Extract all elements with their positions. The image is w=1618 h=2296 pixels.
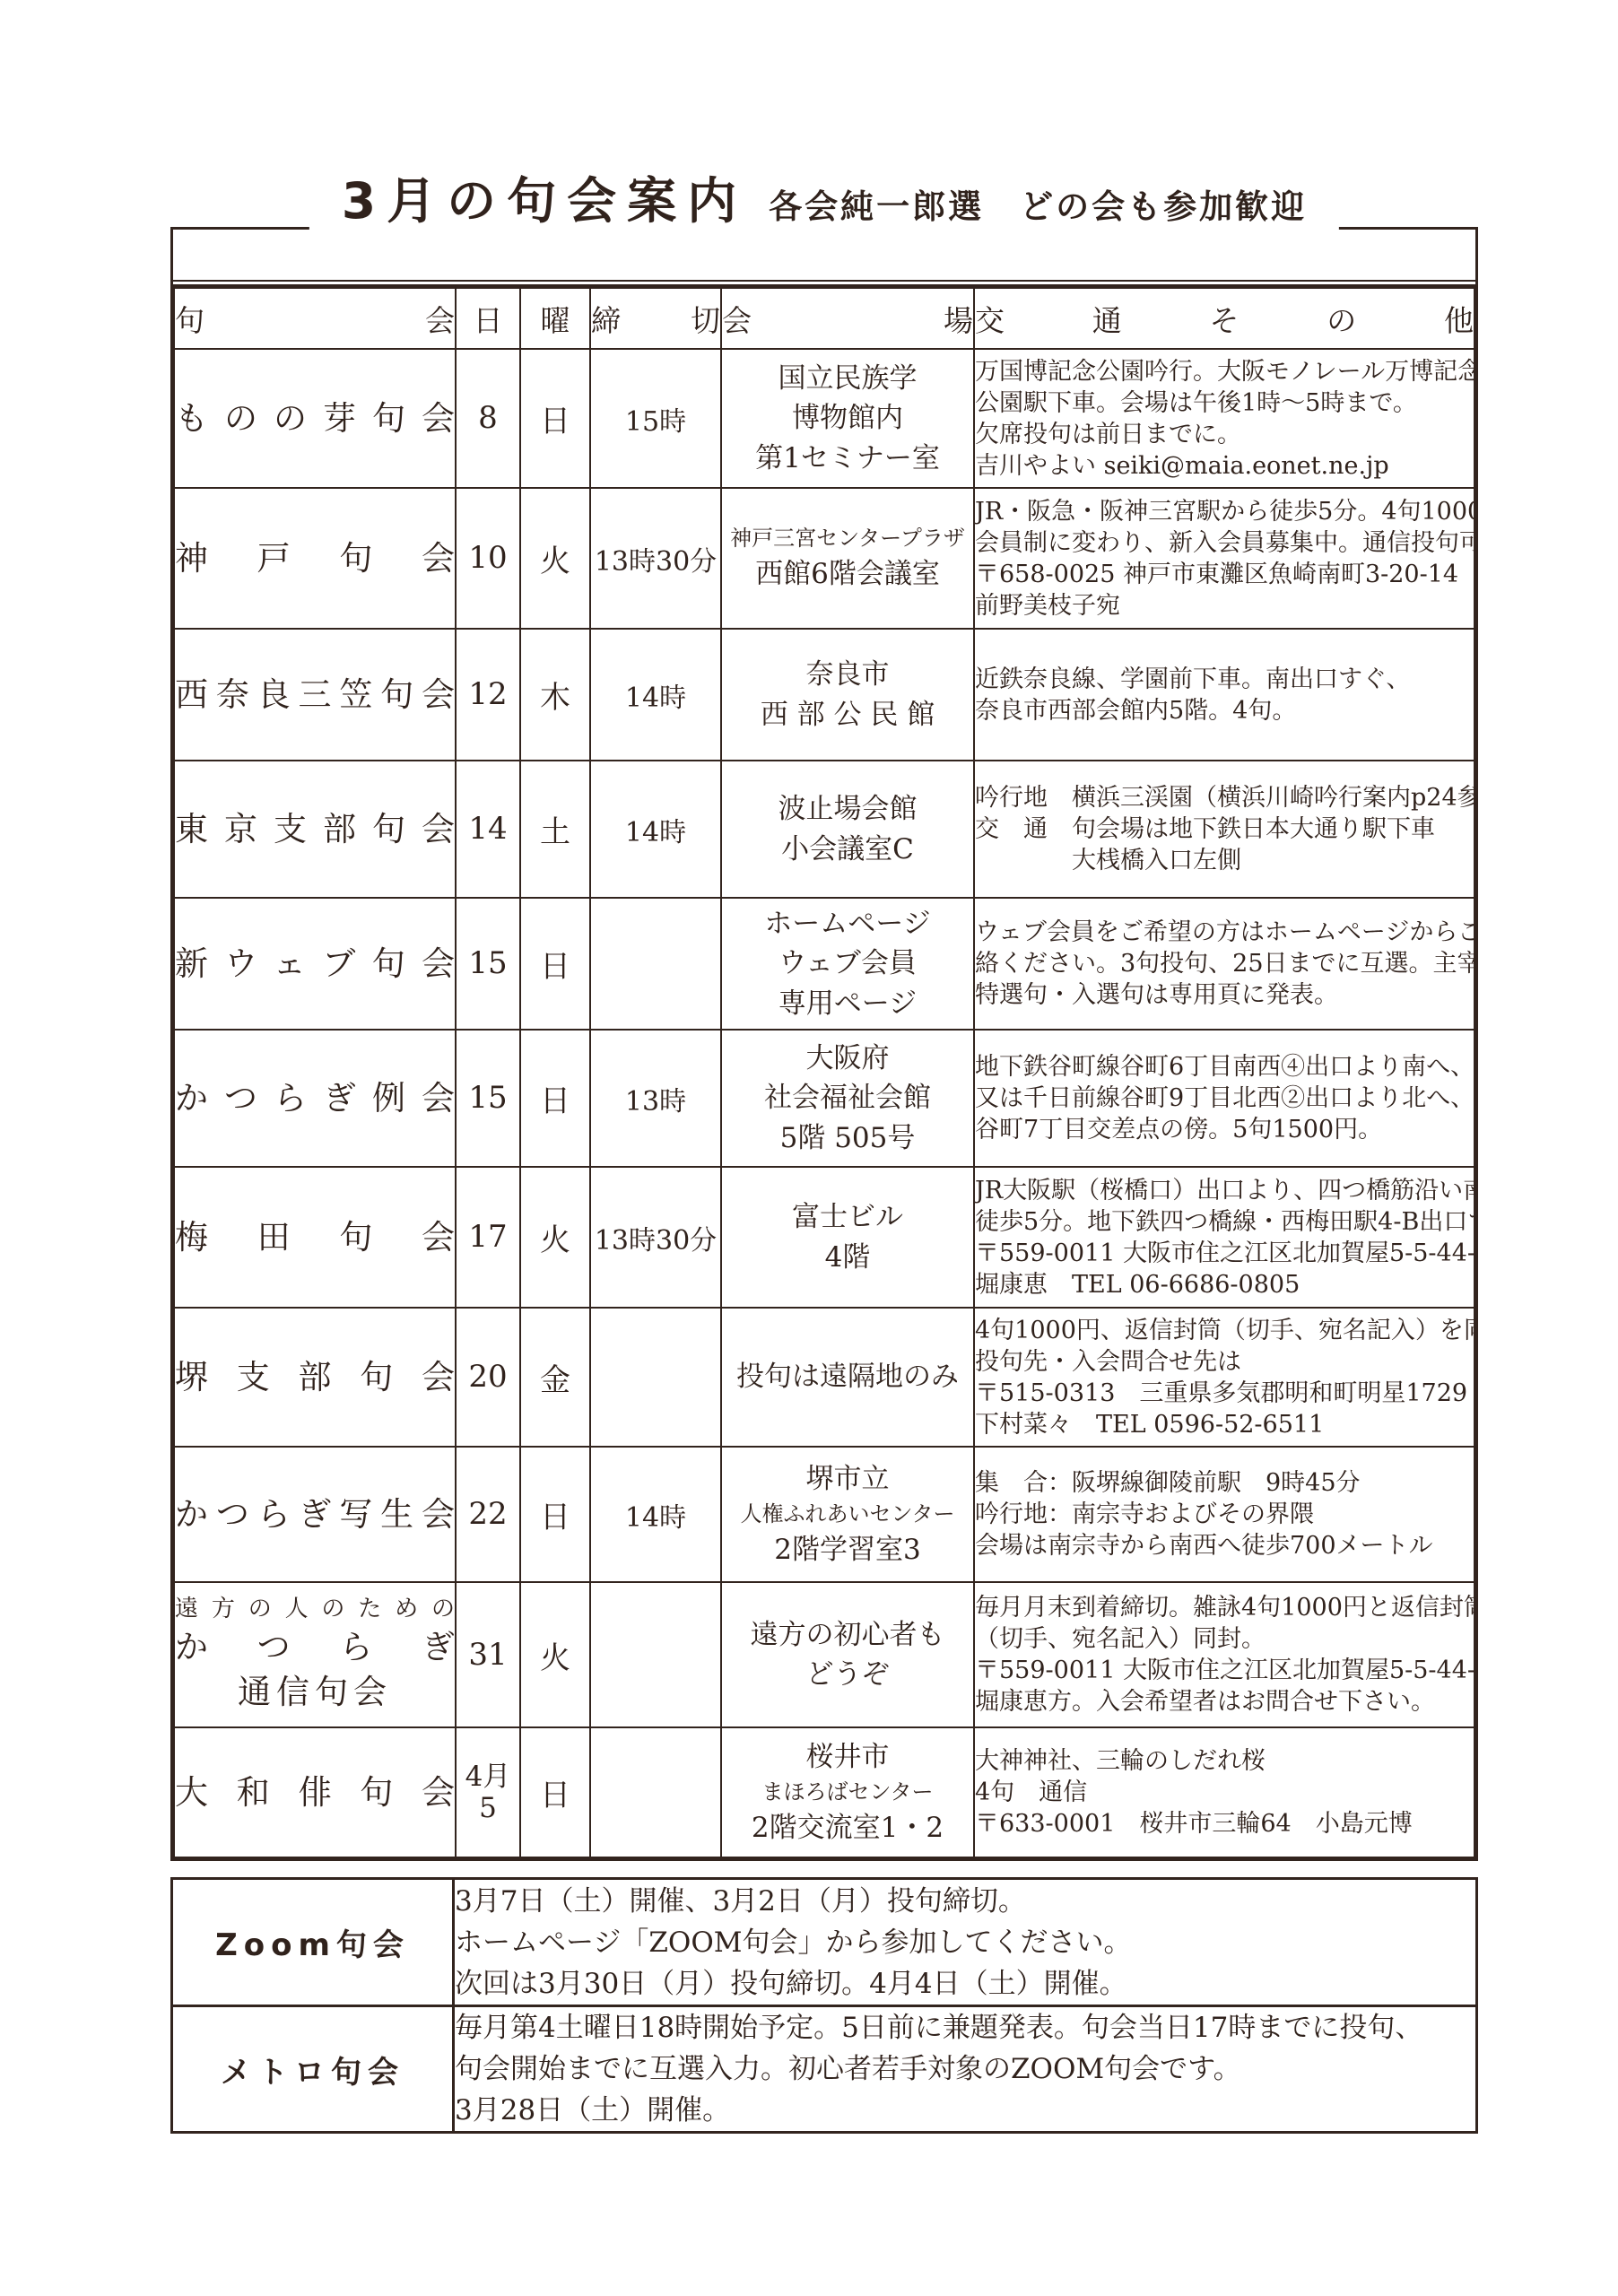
- table-row: 神戸句会10火13時30分神戸三宮センタープラザ西館6階会議室JR・阪急・阪神三…: [174, 488, 1474, 629]
- weekday-cell: 日: [520, 1030, 590, 1167]
- transport-info-line: 交 通 句会場は地下鉄日本大通り駅下車: [975, 813, 1474, 845]
- venue-line: 社会福祉会館: [722, 1078, 973, 1118]
- weekday-cell: 土: [520, 761, 590, 898]
- transport-info-line: 吉川やよい seiki@maia.eonet.ne.jp: [975, 450, 1474, 482]
- online-kukai-box: Zoom句会3月7日（土）開催、3月2日（月）投句締切。ホームページ「ZOOM句…: [170, 1877, 1478, 2134]
- venue-line: 第1セミナー室: [722, 439, 973, 478]
- table-row: 遠方の人のためのかつらぎ通信句会31火遠方の初心者もどうぞ毎月月末到着締切。雑詠…: [174, 1582, 1474, 1727]
- venue-line: 5階 505号: [722, 1118, 973, 1158]
- kukai-name-cell: 西奈良三笠句会: [174, 629, 456, 761]
- transport-info-line: 公園駅下車。会場は午後1時～5時まで。: [975, 387, 1474, 419]
- deadline-cell: [590, 898, 721, 1030]
- deadline-cell: 13時: [590, 1030, 721, 1167]
- document-page: 3月の句会案内各会純一郎選 どの会も参加歓迎 句会日曜締切会場交通その他 ものの…: [0, 0, 1618, 2296]
- venue-line: 博物館内: [722, 398, 973, 438]
- venue-line: 人権ふれあいセンター: [722, 1499, 973, 1529]
- table-row: 東京支部句会14土14時波止場会館小会議室C吟行地 横浜三渓園（横浜川崎吟行案内…: [174, 761, 1474, 898]
- transport-info-cell: 4句1000円、返信封筒（切手、宛名記入）を同封。投句先・入会問合せ先は〒515…: [974, 1308, 1474, 1447]
- page-title-main: 3月の句会案内: [342, 172, 747, 230]
- online-kukai-detail-line: 次回は3月30日（月）投句締切。4月4日（土）開催。: [455, 1963, 1475, 2005]
- weekday-cell: 火: [520, 1582, 590, 1727]
- weekday-cell: 金: [520, 1308, 590, 1447]
- venue-cell: 奈良市西 部 公 民 館: [721, 629, 974, 761]
- kukai-name-line: ものの芽句会: [175, 396, 455, 441]
- transport-info-line: 下村菜々 TEL 0596-52-6511: [975, 1409, 1474, 1440]
- venue-cell: 投句は遠隔地のみ: [721, 1308, 974, 1447]
- venue-line: 大阪府: [722, 1039, 973, 1078]
- column-header-1: 日: [456, 287, 520, 350]
- deadline-cell: 15時: [590, 349, 721, 488]
- online-kukai-table: Zoom句会3月7日（土）開催、3月2日（月）投句締切。ホームページ「ZOOM句…: [170, 1877, 1478, 2134]
- weekday-cell: 日: [520, 1447, 590, 1582]
- weekday-cell: 火: [520, 488, 590, 629]
- deadline-cell: [590, 1308, 721, 1447]
- deadline-cell: 13時30分: [590, 1167, 721, 1308]
- transport-info-line: 徒歩5分。地下鉄四つ橋線・西梅田駅4-B出口すぐ。: [975, 1206, 1474, 1238]
- day-line: 20: [457, 1360, 519, 1394]
- transport-info-line: 前野美枝子宛: [975, 590, 1474, 622]
- transport-info-line: 地下鉄谷町線谷町6丁目南西④出口より南へ、: [975, 1051, 1474, 1083]
- day-cell: 22: [456, 1447, 520, 1582]
- column-header-3: 締切: [590, 287, 721, 350]
- kukai-name-line: 神戸句会: [175, 536, 455, 581]
- online-kukai-detail-line: 毎月第4土曜日18時開始予定。5日前に兼題発表。句会当日17時までに投句、: [455, 2007, 1475, 2048]
- table-row: ものの芽句会8日15時国立民族学博物館内第1セミナー室万国博記念公園吟行。大阪モ…: [174, 349, 1474, 488]
- day-cell: 14: [456, 761, 520, 898]
- deadline-cell: 13時30分: [590, 488, 721, 629]
- column-header-4: 会場: [721, 287, 974, 350]
- transport-info-line: 欠席投句は前日までに。: [975, 419, 1474, 450]
- kukai-name-cell: 大和俳句会: [174, 1727, 456, 1857]
- day-cell: 20: [456, 1308, 520, 1447]
- page-title: 3月の句会案内各会純一郎選 どの会も参加歓迎: [309, 161, 1339, 247]
- transport-info-cell: 毎月月末到着締切。雑詠4句1000円と返信封筒（切手、宛名記入）同封。〒559-…: [974, 1582, 1474, 1727]
- kukai-name-cell: ものの芽句会: [174, 349, 456, 488]
- venue-line: 富士ビル: [722, 1197, 973, 1237]
- transport-info-line: 堀康恵 TEL 06-6686-0805: [975, 1269, 1474, 1300]
- venue-line: 桜井市: [722, 1737, 973, 1777]
- venue-cell: 国立民族学博物館内第1セミナー室: [721, 349, 974, 488]
- transport-info-cell: 近鉄奈良線、学園前下車。南出口すぐ、奈良市西部会館内5階。4句。: [974, 629, 1474, 761]
- online-kukai-detail-line: 3月28日（土）開催。: [455, 2090, 1475, 2131]
- transport-info-line: 吟行地：南宗寺およびその界隈: [975, 1499, 1474, 1530]
- day-cell: 12: [456, 629, 520, 761]
- venue-line: 波止場会館: [722, 789, 973, 829]
- day-line: 31: [457, 1638, 519, 1672]
- day-cell: 10: [456, 488, 520, 629]
- kukai-name-cell: 東京支部句会: [174, 761, 456, 898]
- venue-line: 堺市立: [722, 1459, 973, 1499]
- table-header-row: 句会日曜締切会場交通その他: [174, 287, 1474, 350]
- day-line: 10: [457, 541, 519, 575]
- venue-line: ウェブ会員: [722, 944, 973, 983]
- kukai-name-line: かつらぎ写生会: [175, 1492, 455, 1537]
- day-line: 22: [457, 1497, 519, 1531]
- transport-info-cell: 大神神社、三輪のしだれ桜4句 通信〒633-0001 桜井市三輪64 小島元博: [974, 1727, 1474, 1857]
- transport-info-line: 4句 通信: [975, 1777, 1474, 1808]
- venue-line: 奈良市: [722, 655, 973, 694]
- kukai-name-cell: 遠方の人のためのかつらぎ通信句会: [174, 1582, 456, 1727]
- venue-line: 国立民族学: [722, 359, 973, 398]
- transport-info-line: （切手、宛名記入）同封。: [975, 1623, 1474, 1655]
- transport-info-line: 〒559-0011 大阪市住之江区北加賀屋5-5-44-907: [975, 1655, 1474, 1686]
- day-line: 15: [457, 946, 519, 980]
- day-cell: 8: [456, 349, 520, 488]
- transport-info-cell: JR・阪急・阪神三宮駅から徒歩5分。4句1000円。会員制に変わり、新入会員募集…: [974, 488, 1474, 629]
- online-kukai-label: Zoom句会: [172, 1879, 454, 2006]
- venue-cell: ホームページウェブ会員専用ページ: [721, 898, 974, 1030]
- transport-info-line: 堀康恵方。入会希望者はお問合せ下さい。: [975, 1686, 1474, 1718]
- main-table-box: 3月の句会案内各会純一郎選 どの会も参加歓迎 句会日曜締切会場交通その他 ものの…: [170, 227, 1478, 1861]
- table-row: 堺支部句会20金投句は遠隔地のみ4句1000円、返信封筒（切手、宛名記入）を同封…: [174, 1308, 1474, 1447]
- transport-info-line: 〒658-0025 神戸市東灘区魚崎南町3-20-14: [975, 559, 1474, 590]
- weekday-cell: 火: [520, 1167, 590, 1308]
- venue-line: 投句は遠隔地のみ: [722, 1357, 973, 1396]
- venue-cell: 遠方の初心者もどうぞ: [721, 1582, 974, 1727]
- transport-info-cell: 吟行地 横浜三渓園（横浜川崎吟行案内p24参照）交 通 句会場は地下鉄日本大通り…: [974, 761, 1474, 898]
- table-row: かつらぎ写生会22日14時堺市立人権ふれあいセンター2階学習室3集 合：阪堺線御…: [174, 1447, 1474, 1582]
- venue-cell: 大阪府社会福祉会館5階 505号: [721, 1030, 974, 1167]
- transport-info-line: 〒515-0313 三重県多気郡明和町明星1729: [975, 1378, 1474, 1409]
- kukai-name-line: 遠方の人のための: [175, 1595, 455, 1625]
- venue-line: 4階: [722, 1238, 973, 1277]
- table-row: 梅田句会17火13時30分富士ビル4階JR大阪駅（桜橋口）出口より、四つ橋筋沿い…: [174, 1167, 1474, 1308]
- online-kukai-label: メトロ句会: [172, 2006, 454, 2133]
- kukai-name-line: 梅田句会: [175, 1215, 455, 1260]
- kukai-name-line: かつらぎ: [175, 1625, 455, 1670]
- deadline-cell: 14時: [590, 1447, 721, 1582]
- transport-info-line: 投句先・入会問合せ先は: [975, 1346, 1474, 1378]
- transport-info-line: 絡ください。3句投句、25日までに互選。主宰選の: [975, 948, 1474, 979]
- table-row: 西奈良三笠句会12木14時奈良市西 部 公 民 館近鉄奈良線、学園前下車。南出口…: [174, 629, 1474, 761]
- venue-line: 神戸三宮センタープラザ: [722, 523, 973, 553]
- transport-info-cell: 万国博記念公園吟行。大阪モノレール万博記念公園駅下車。会場は午後1時～5時まで。…: [974, 349, 1474, 488]
- venue-line: 専用ページ: [722, 984, 973, 1023]
- weekday-cell: 日: [520, 1727, 590, 1857]
- online-kukai-row: メトロ句会毎月第4土曜日18時開始予定。5日前に兼題発表。句会当日17時までに投…: [172, 2006, 1477, 2133]
- transport-info-line: 集 合：阪堺線御陵前駅 9時45分: [975, 1467, 1474, 1499]
- day-line: 4月: [457, 1761, 519, 1793]
- venue-cell: 波止場会館小会議室C: [721, 761, 974, 898]
- kukai-name-cell: 神戸句会: [174, 488, 456, 629]
- transport-info-line: 毎月月末到着締切。雑詠4句1000円と返信封筒: [975, 1592, 1474, 1623]
- online-kukai-row: Zoom句会3月7日（土）開催、3月2日（月）投句締切。ホームページ「ZOOM句…: [172, 1879, 1477, 2006]
- kukai-name-line: 堺支部句会: [175, 1355, 455, 1400]
- kukai-name-line: 東京支部句会: [175, 807, 455, 852]
- kukai-name-cell: 梅田句会: [174, 1167, 456, 1308]
- kukai-name-cell: 新ウェブ句会: [174, 898, 456, 1030]
- venue-line: まほろばセンター: [722, 1777, 973, 1807]
- transport-info-line: 吟行地 横浜三渓園（横浜川崎吟行案内p24参照）: [975, 782, 1474, 813]
- table-row: かつらぎ例会15日13時大阪府社会福祉会館5階 505号地下鉄谷町線谷町6丁目南…: [174, 1030, 1474, 1167]
- online-kukai-detail-line: 句会開始までに互選入力。初心者若手対象のZOOM句会です。: [455, 2048, 1475, 2090]
- table-row: 大和俳句会4月5日桜井市まほろばセンター2階交流室1・2大神神社、三輪のしだれ桜…: [174, 1727, 1474, 1857]
- venue-line: 西館6階会議室: [722, 554, 973, 594]
- day-cell: 4月5: [456, 1727, 520, 1857]
- kukai-name-cell: 堺支部句会: [174, 1308, 456, 1447]
- transport-info-cell: 集 合：阪堺線御陵前駅 9時45分吟行地：南宗寺およびその界隈会場は南宗寺から南…: [974, 1447, 1474, 1582]
- venue-line: どうぞ: [722, 1655, 973, 1694]
- online-kukai-details: 毎月第4土曜日18時開始予定。5日前に兼題発表。句会当日17時までに投句、句会開…: [454, 2006, 1477, 2133]
- transport-info-line: JR大阪駅（桜橋口）出口より、四つ橋筋沿い南へ: [975, 1175, 1474, 1206]
- transport-info-line: ウェブ会員をご希望の方はホームページからご連: [975, 917, 1474, 948]
- transport-info-line: 大神神社、三輪のしだれ桜: [975, 1745, 1474, 1777]
- deadline-cell: [590, 1582, 721, 1727]
- deadline-cell: 14時: [590, 761, 721, 898]
- deadline-cell: 14時: [590, 629, 721, 761]
- kukai-name-cell: かつらぎ例会: [174, 1030, 456, 1167]
- transport-info-line: 大桟橋入口左側: [975, 845, 1474, 876]
- day-line: 14: [457, 812, 519, 846]
- kukai-name-line: 大和俳句会: [175, 1770, 455, 1815]
- kukai-name-line: 西奈良三笠句会: [175, 673, 455, 717]
- kukai-schedule-table: 句会日曜締切会場交通その他 ものの芽句会8日15時国立民族学博物館内第1セミナー…: [173, 284, 1475, 1858]
- transport-info-line: 会場は南宗寺から南西へ徒歩700メートル: [975, 1530, 1474, 1561]
- transport-info-line: 特選句・入選句は専用頁に発表。: [975, 979, 1474, 1011]
- column-header-5: 交通その他: [974, 287, 1474, 350]
- day-line: 15: [457, 1081, 519, 1115]
- transport-info-line: 奈良市西部会館内5階。4句。: [975, 695, 1474, 726]
- transport-info-line: 又は千日前線谷町9丁目北西②出口より北へ、: [975, 1083, 1474, 1114]
- day-line: 8: [457, 401, 519, 435]
- online-kukai-detail-line: 3月7日（土）開催、3月2日（月）投句締切。: [455, 1881, 1475, 1922]
- kukai-name-line: 新ウェブ句会: [175, 942, 455, 987]
- page-title-sub: 各会純一郎選 どの会も参加歓迎: [769, 187, 1307, 226]
- day-line: 5: [457, 1793, 519, 1824]
- online-kukai-detail-line: ホームページ「ZOOM句会」から参加してください。: [455, 1922, 1475, 1963]
- transport-info-line: 会員制に変わり、新入会員募集中。通信投句可。: [975, 527, 1474, 559]
- transport-info-cell: 地下鉄谷町線谷町6丁目南西④出口より南へ、又は千日前線谷町9丁目北西②出口より北…: [974, 1030, 1474, 1167]
- kukai-name-cell: かつらぎ写生会: [174, 1447, 456, 1582]
- kukai-name-line: かつらぎ例会: [175, 1076, 455, 1121]
- transport-info-cell: ウェブ会員をご希望の方はホームページからご連絡ください。3句投句、25日までに互…: [974, 898, 1474, 1030]
- transport-info-line: 〒559-0011 大阪市住之江区北加賀屋5-5-44-907: [975, 1238, 1474, 1269]
- venue-line: 西 部 公 民 館: [722, 695, 973, 735]
- venue-cell: 堺市立人権ふれあいセンター2階学習室3: [721, 1447, 974, 1582]
- venue-line: 2階交流室1・2: [722, 1808, 973, 1848]
- weekday-cell: 日: [520, 349, 590, 488]
- day-cell: 17: [456, 1167, 520, 1308]
- venue-line: 遠方の初心者も: [722, 1615, 973, 1655]
- table-row: 新ウェブ句会15日ホームページウェブ会員専用ページウェブ会員をご希望の方はホーム…: [174, 898, 1474, 1030]
- venue-line: 小会議室C: [722, 830, 973, 869]
- transport-info-line: 谷町7丁目交差点の傍。5句1500円。: [975, 1114, 1474, 1145]
- transport-info-line: 近鉄奈良線、学園前下車。南出口すぐ、: [975, 664, 1474, 695]
- venue-cell: 桜井市まほろばセンター2階交流室1・2: [721, 1727, 974, 1857]
- weekday-cell: 日: [520, 898, 590, 1030]
- column-header-0: 句会: [174, 287, 456, 350]
- weekday-cell: 木: [520, 629, 590, 761]
- online-kukai-details: 3月7日（土）開催、3月2日（月）投句締切。ホームページ「ZOOM句会」から参加…: [454, 1879, 1477, 2006]
- day-line: 12: [457, 677, 519, 711]
- day-cell: 15: [456, 1030, 520, 1167]
- venue-cell: 神戸三宮センタープラザ西館6階会議室: [721, 488, 974, 629]
- column-header-2: 曜: [520, 287, 590, 350]
- transport-info-cell: JR大阪駅（桜橋口）出口より、四つ橋筋沿い南へ徒歩5分。地下鉄四つ橋線・西梅田駅…: [974, 1167, 1474, 1308]
- transport-info-line: 〒633-0001 桜井市三輪64 小島元博: [975, 1808, 1474, 1839]
- transport-info-line: JR・阪急・阪神三宮駅から徒歩5分。4句1000円。: [975, 496, 1474, 527]
- venue-line: ホームページ: [722, 904, 973, 944]
- venue-line: 2階学習室3: [722, 1530, 973, 1570]
- day-cell: 31: [456, 1582, 520, 1727]
- transport-info-line: 4句1000円、返信封筒（切手、宛名記入）を同封。: [975, 1315, 1474, 1346]
- venue-cell: 富士ビル4階: [721, 1167, 974, 1308]
- day-cell: 15: [456, 898, 520, 1030]
- day-line: 17: [457, 1220, 519, 1254]
- transport-info-line: 万国博記念公園吟行。大阪モノレール万博記念: [975, 356, 1474, 387]
- deadline-cell: [590, 1727, 721, 1857]
- kukai-name-line: 通信句会: [175, 1670, 455, 1715]
